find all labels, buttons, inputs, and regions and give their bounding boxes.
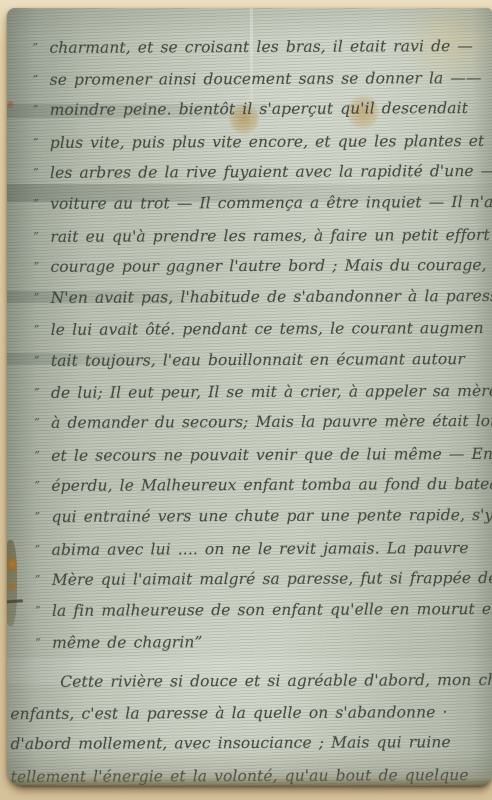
manuscript-page: ”charmant, et se croisant les bras, il e…: [7, 8, 492, 787]
page-edge-shading: [7, 8, 492, 787]
scanned-manuscript-photo: { "document": { "kind_label": "handwritt…: [0, 0, 492, 800]
page-bottom-edge: [7, 771, 492, 787]
